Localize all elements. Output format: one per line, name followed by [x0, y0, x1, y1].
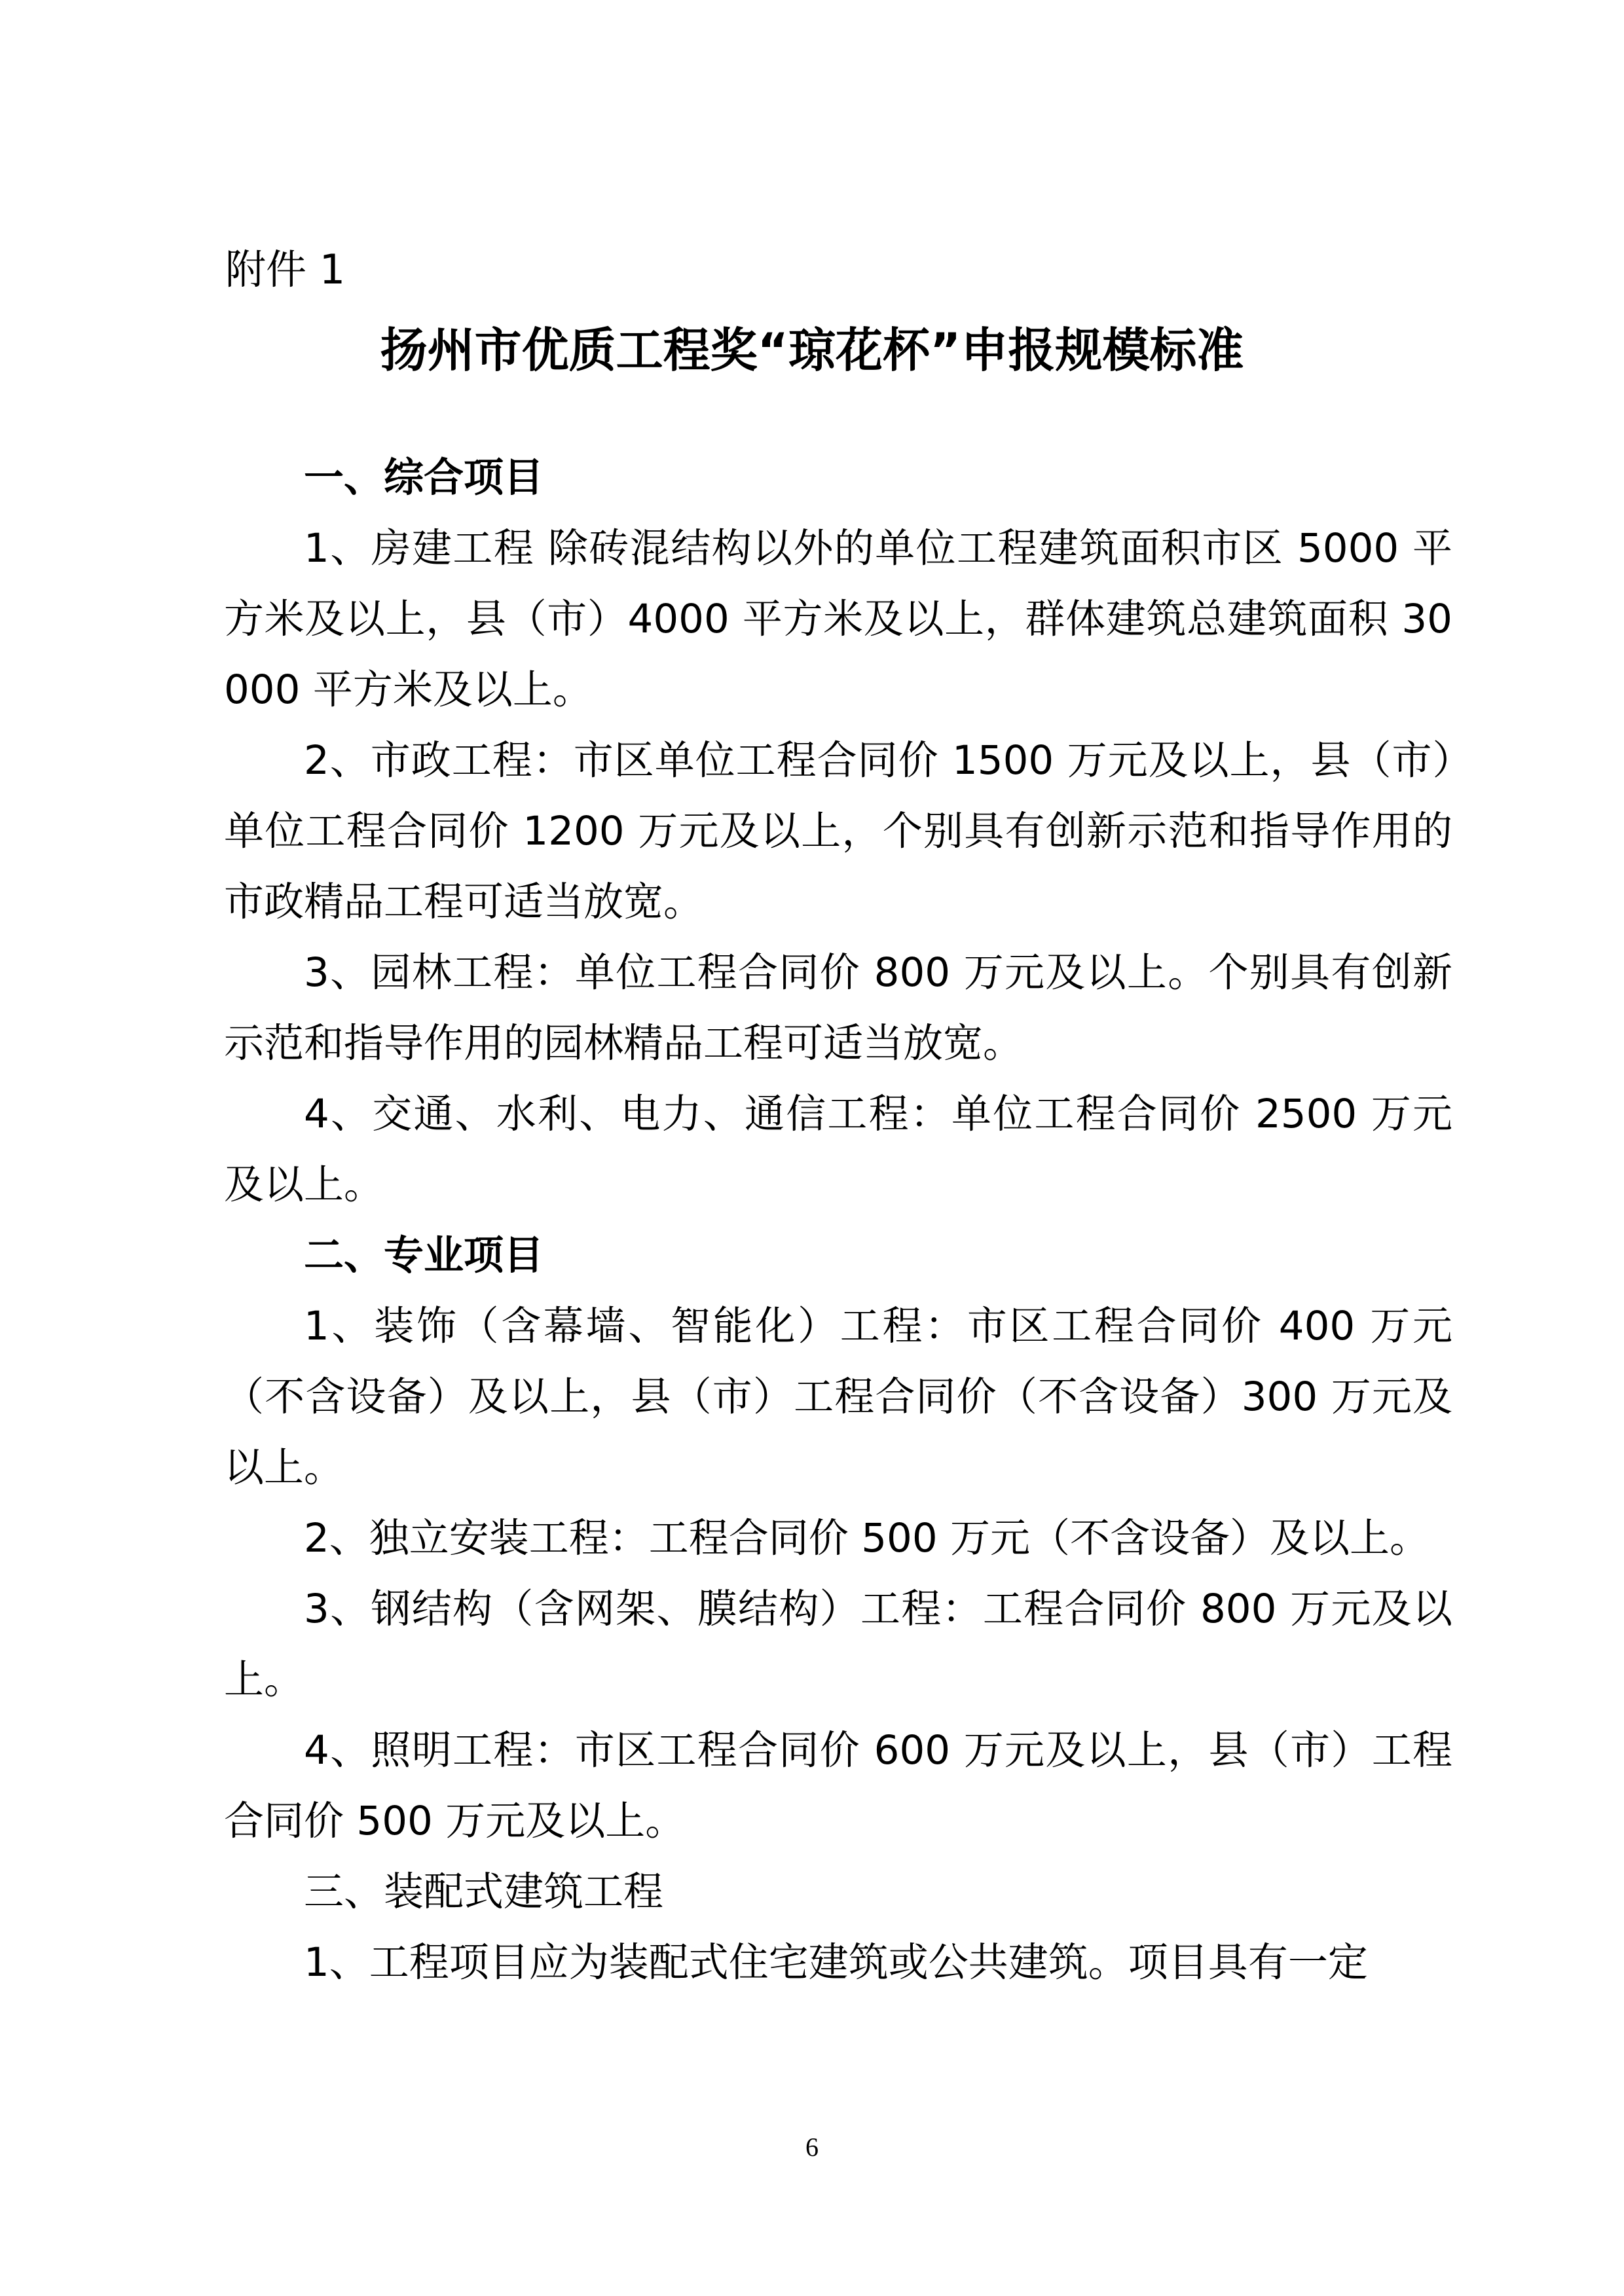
section-item: 1、装饰（含幕墙、智能化）工程：市区工程合同价 400 万元（不含设备）及以上，… [224, 1291, 1452, 1503]
section-item: 3、钢结构（含网架、膜结构）工程：工程合同价 800 万元及以上。 [224, 1574, 1452, 1715]
section-heading-specialized: 二、专业项目 [224, 1220, 1452, 1291]
section-heading-comprehensive: 一、综合项目 [224, 443, 1452, 513]
section-item: 4、照明工程：市区工程合同价 600 万元及以上，县（市）工程合同价 500 万… [224, 1715, 1452, 1857]
section-item: 3、园林工程：单位工程合同价 800 万元及以上。个别具有创新示范和指导作用的园… [224, 938, 1452, 1079]
document-title: 扬州市优质工程奖“琼花杯”申报规模标准 [0, 314, 1624, 386]
page-number: 6 [0, 2128, 1624, 2167]
section-item: 2、独立安装工程：工程合同价 500 万元（不含设备）及以上。 [224, 1503, 1452, 1574]
document-body: 一、综合项目 1、房建工程 除砖混结构以外的单位工程建筑面积市区 5000 平方… [224, 443, 1452, 1998]
section-item: 4、交通、水利、电力、通信工程：单位工程合同价 2500 万元及以上。 [224, 1079, 1452, 1220]
document-page: 附件 1 扬州市优质工程奖“琼花杯”申报规模标准 一、综合项目 1、房建工程 除… [0, 0, 1624, 2296]
section-item: 1、房建工程 除砖混结构以外的单位工程建筑面积市区 5000 平方米及以上，县（… [224, 513, 1452, 725]
section-item: 1、工程项目应为装配式住宅建筑或公共建筑。项目具有一定 [224, 1927, 1452, 1998]
section-heading-prefab: 三、装配式建筑工程 [224, 1857, 1452, 1927]
attachment-label: 附件 1 [225, 237, 345, 302]
section-item: 2、市政工程：市区单位工程合同价 1500 万元及以上，县（市）单位工程合同价 … [224, 725, 1452, 938]
